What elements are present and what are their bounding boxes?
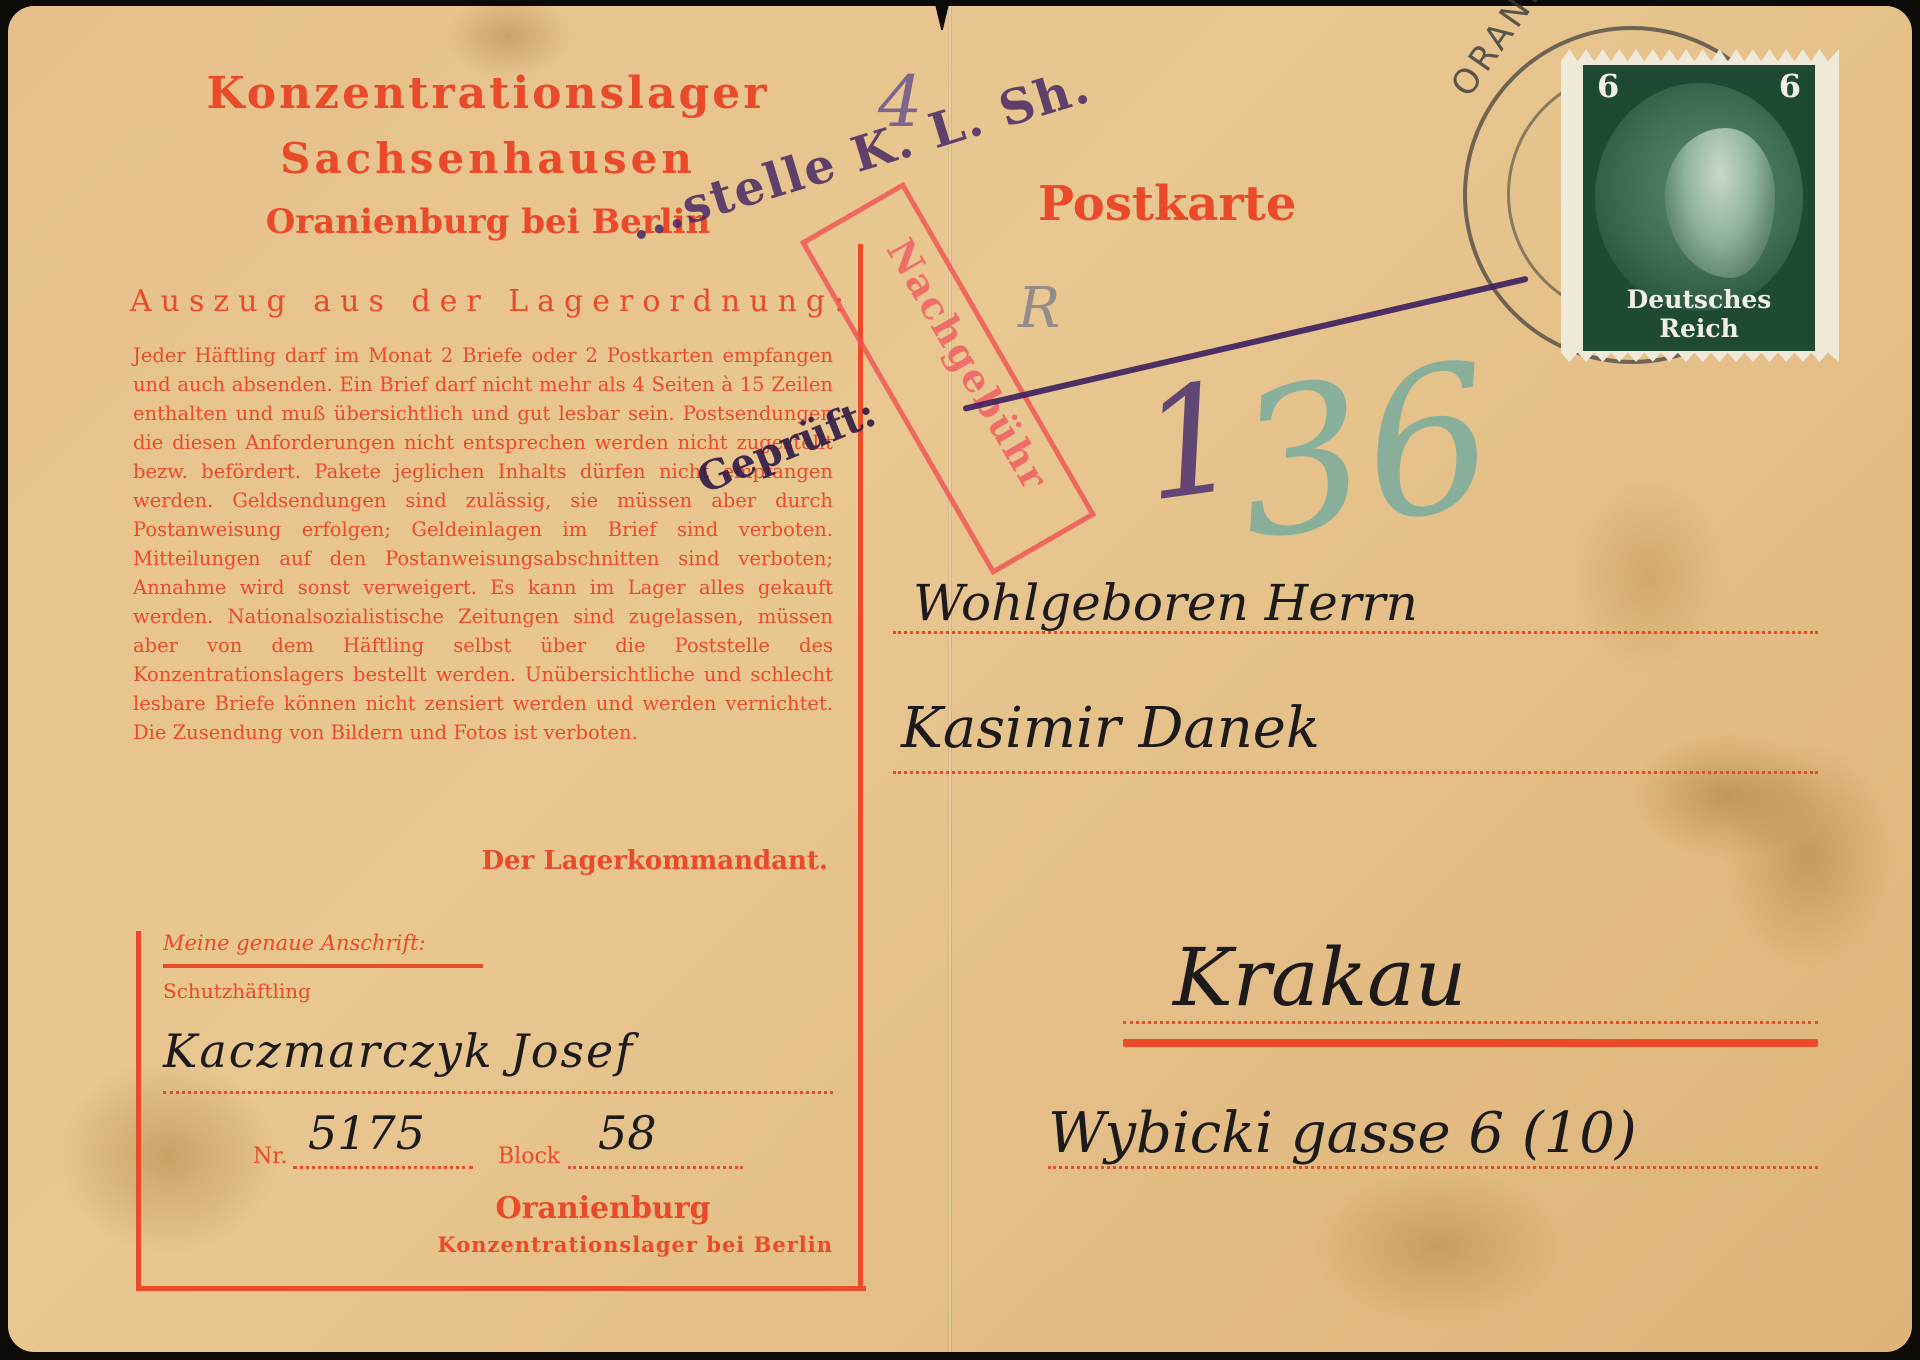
stamp-medallion bbox=[1595, 83, 1803, 311]
dotted-line bbox=[293, 1166, 473, 1169]
pencil-mark: R bbox=[1018, 276, 1060, 341]
rules-text: Jeder Häftling darf im Monat 2 Briefe od… bbox=[133, 341, 833, 747]
portrait-icon bbox=[1665, 128, 1775, 278]
stamp-value-left: 6 bbox=[1597, 67, 1619, 105]
sender-place: Oranienburg bbox=[338, 1191, 868, 1226]
blue-crayon-mark: 36 bbox=[1223, 319, 1507, 585]
camp-title: Konzentrationslager bbox=[128, 68, 848, 119]
sender-name: Kaczmarczyk Josef bbox=[163, 1024, 634, 1078]
postcard: Konzentrationslager Sachsenhausen Oranie… bbox=[8, 6, 1912, 1352]
postcard-heading: Postkarte bbox=[1038, 176, 1296, 232]
prisoner-number: 5175 bbox=[308, 1106, 425, 1160]
sender-place-detail: Konzentrationslager bei Berlin bbox=[308, 1232, 833, 1257]
sender-address-label: Meine genaue Anschrift: bbox=[163, 931, 426, 955]
fold-line bbox=[948, 6, 952, 1352]
prisoner-number-label: Nr. bbox=[253, 1144, 287, 1169]
sender-label-underline bbox=[163, 964, 483, 968]
dotted-line bbox=[1123, 1021, 1818, 1024]
block-label: Block bbox=[498, 1144, 560, 1169]
dotted-line bbox=[163, 1091, 833, 1094]
recipient-name: Kasimir Danek bbox=[901, 696, 1320, 761]
rules-heading: Auszug aus der Lagerordnung: bbox=[130, 284, 830, 319]
block-number: 58 bbox=[598, 1106, 657, 1160]
postage-stamp: 6 6 Deutsches Reich bbox=[1561, 49, 1839, 362]
dotted-line bbox=[1048, 1166, 1818, 1169]
city-underline bbox=[1123, 1039, 1818, 1047]
stamp-value-right: 6 bbox=[1779, 67, 1801, 105]
prisoner-label: Schutzhäftling bbox=[163, 979, 311, 1003]
recipient-city: Krakau bbox=[1173, 931, 1466, 1024]
dotted-line bbox=[893, 771, 1818, 774]
recipient-honorific: Wohlgeboren Herrn bbox=[913, 574, 1418, 632]
commandant-signature: Der Lagerkommandant. bbox=[408, 846, 828, 876]
stamp-country: Deutsches Reich bbox=[1583, 285, 1815, 343]
postage-due-text: Nachgebühr bbox=[808, 193, 1080, 563]
dotted-line bbox=[568, 1166, 743, 1169]
recipient-street: Wybicki gasse 6 (10) bbox=[1048, 1101, 1637, 1166]
dotted-line bbox=[893, 631, 1818, 634]
stamp-face: 6 6 Deutsches Reich bbox=[1583, 65, 1815, 351]
